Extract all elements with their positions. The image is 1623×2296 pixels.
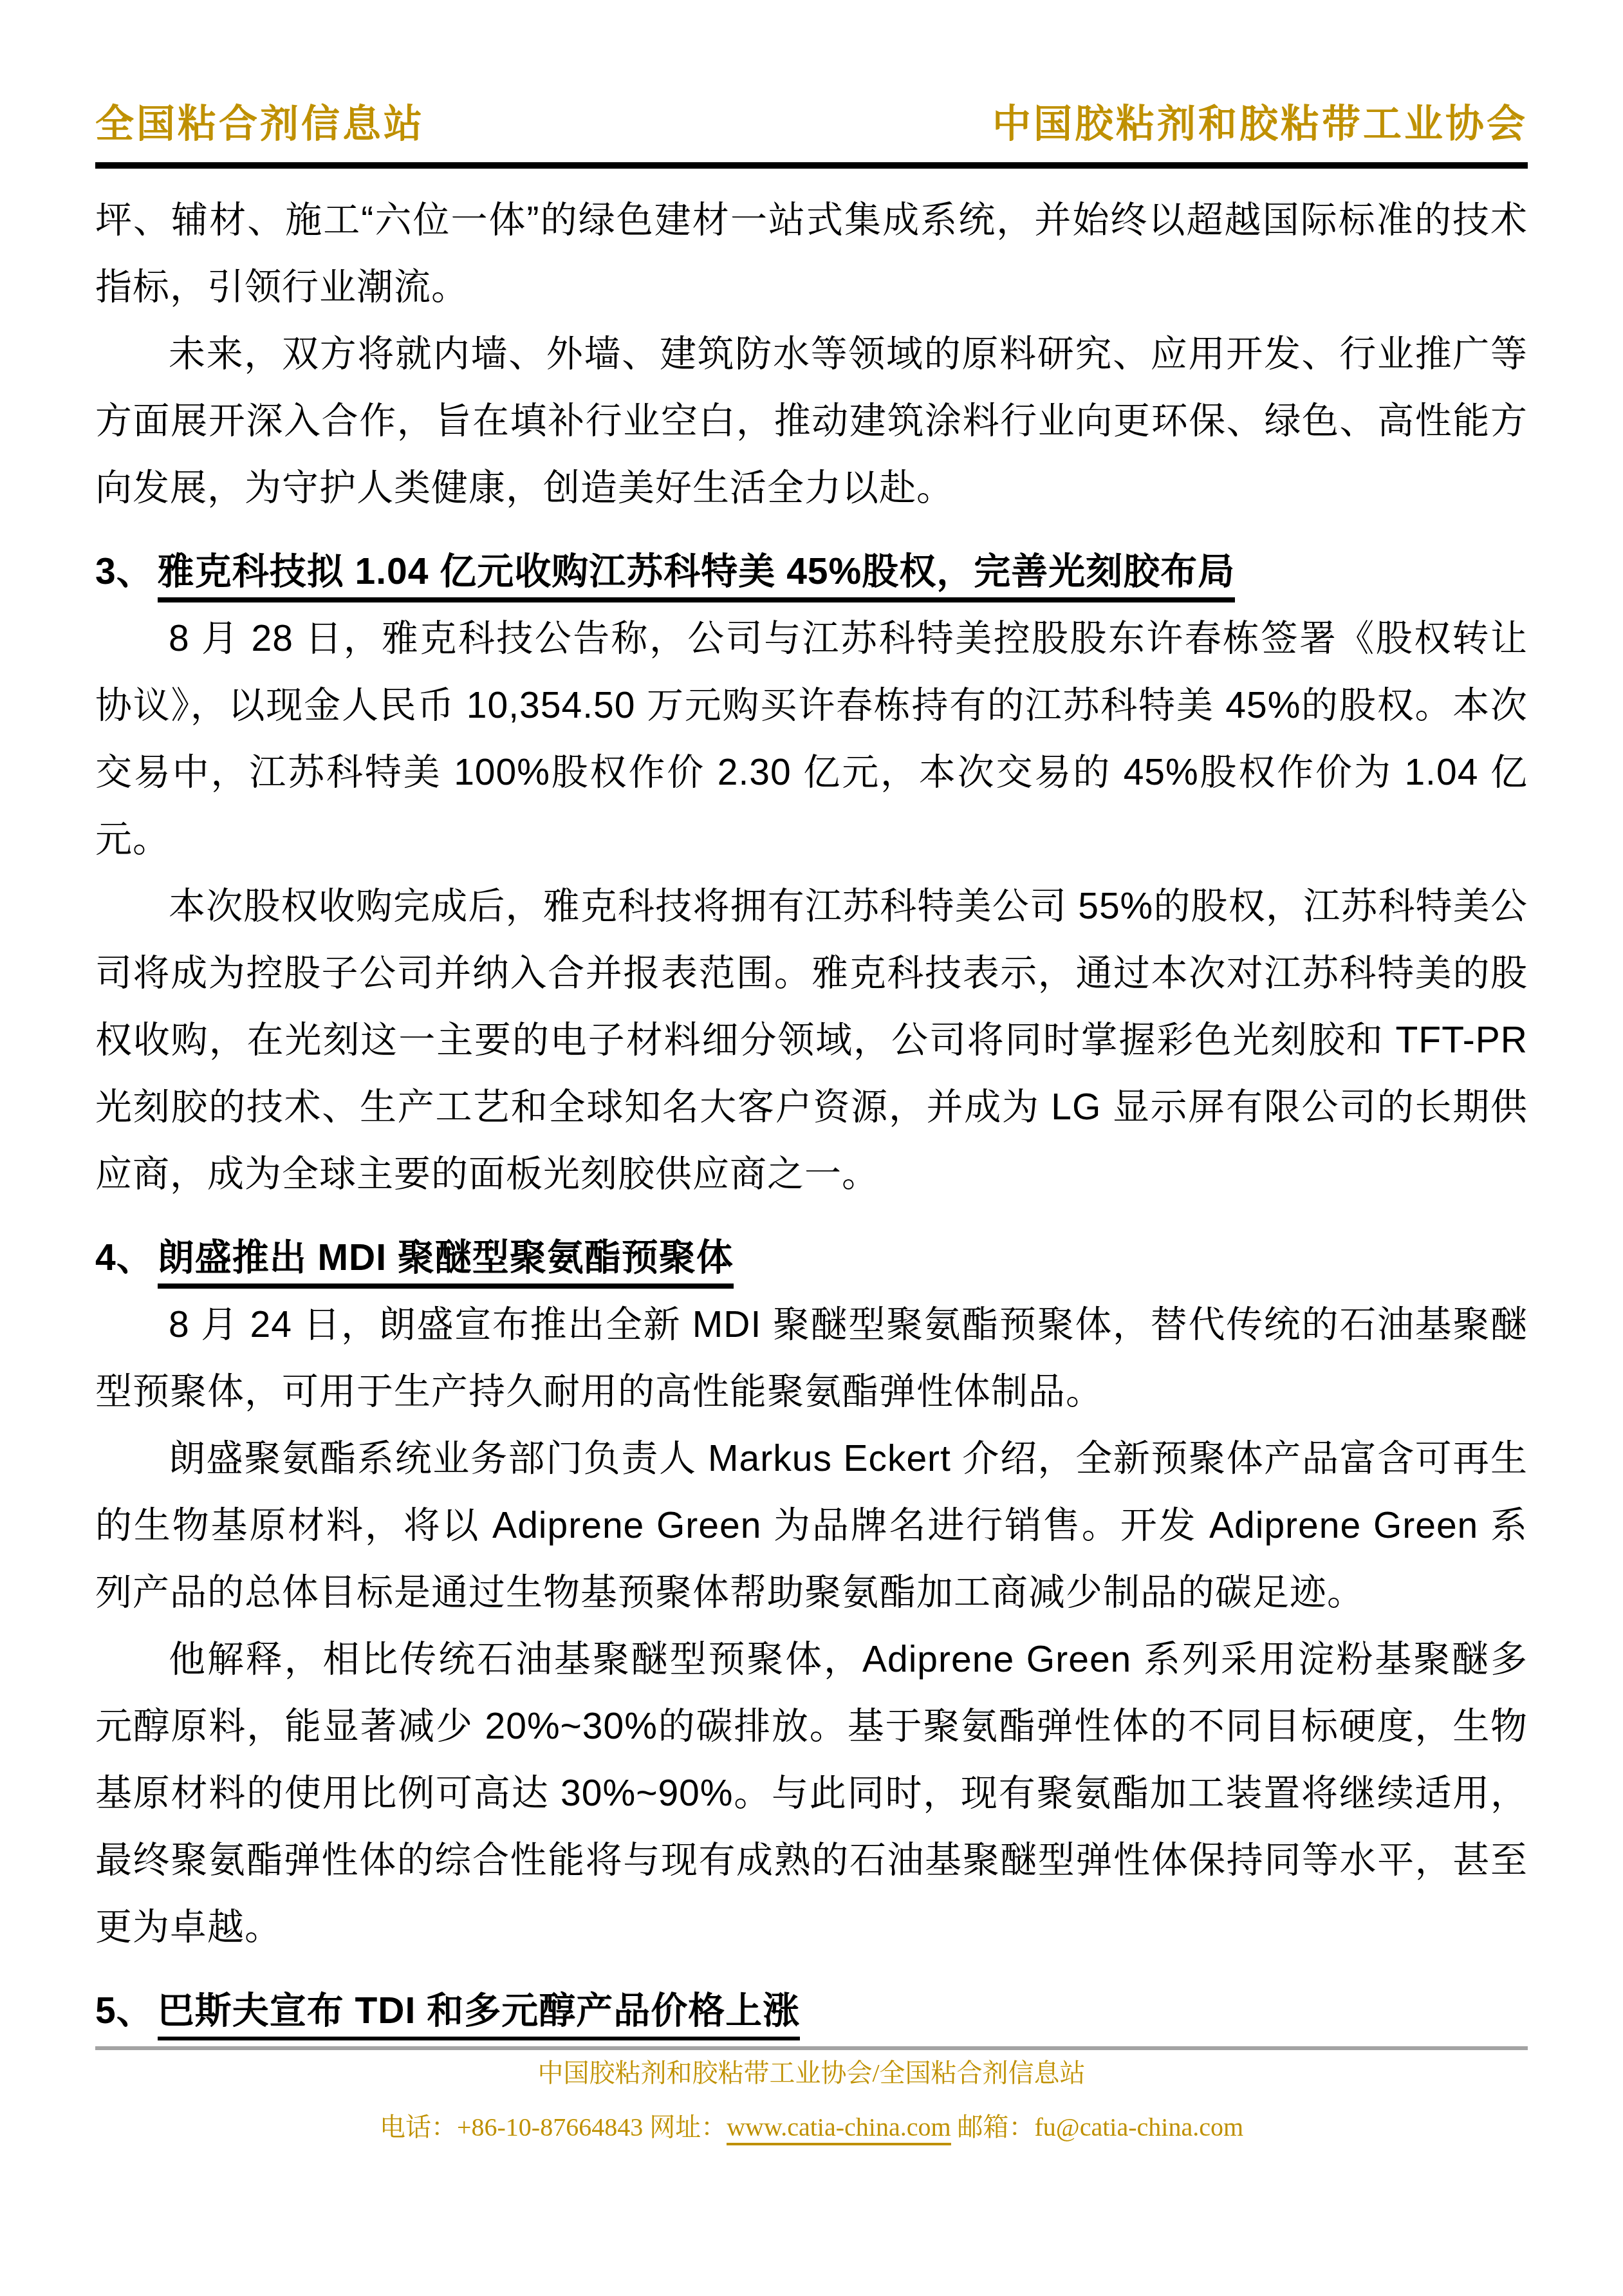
paragraph: 他解释，相比传统石油基聚醚型预聚体，Adiprene Green 系列采用淀粉基… <box>95 1626 1528 1961</box>
section-5-title: 巴斯夫宣布 TDI 和多元醇产品价格上涨 <box>158 1990 801 2040</box>
footer-phone-label: 电话： <box>380 2113 457 2142</box>
footer-web-label: 网址： <box>643 2113 727 2142</box>
document-body: 坪、辅材、施工“六位一体”的绿色建材一站式集成系统，并始终以超越国际标准的技术指… <box>95 169 1528 2040</box>
section-4-title: 朗盛推出 MDI 聚醚型聚氨酯预聚体 <box>158 1237 734 1289</box>
header-left-org: 全国粘合剂信息站 <box>95 102 425 147</box>
page-footer: 中国胶粘剂和胶粘带工业协会/全国粘合剂信息站 电话：+86-10-8766484… <box>95 2046 1528 2144</box>
paragraph: 8 月 24 日，朗盛宣布推出全新 MDI 聚醚型聚氨酯预聚体，替代传统的石油基… <box>95 1291 1528 1425</box>
paragraph: 未来，双方将就内墙、外墙、建筑防水等领域的原料研究、应用开发、行业推广等方面展开… <box>95 321 1528 521</box>
paragraph-continuation: 坪、辅材、施工“六位一体”的绿色建材一站式集成系统，并始终以超越国际标准的技术指… <box>95 187 1528 321</box>
footer-phone-number: +86-10-87664843 <box>457 2113 643 2142</box>
section-5-number: 5、 <box>95 1990 154 2031</box>
header-right-org: 中国胶粘剂和胶粘带工业协会 <box>992 102 1528 147</box>
paragraph: 8 月 28 日，雅克科技公告称，公司与江苏科特美控股股东许春栋签署《股权转让协… <box>95 605 1528 873</box>
footer-contact-line: 电话：+86-10-87664843 网址：www.catia-china.co… <box>95 2111 1528 2144</box>
footer-org-line: 中国胶粘剂和胶粘带工业协会/全国粘合剂信息站 <box>95 2057 1528 2090</box>
section-3-title: 雅克科技拟 1.04 亿元收购江苏科特美 45%股权，完善光刻胶布局 <box>158 551 1236 602</box>
section-5-heading: 5、巴斯夫宣布 TDI 和多元醇产品价格上涨 <box>95 1977 1528 2040</box>
section-3-number: 3、 <box>95 551 154 592</box>
paragraph: 本次股权收购完成后，雅克科技将拥有江苏科特美公司 55%的股权，江苏科特美公司将… <box>95 873 1528 1208</box>
footer-website-link[interactable]: www.catia-china.com <box>727 2113 951 2145</box>
footer-email-address: fu@catia-china.com <box>1035 2113 1243 2142</box>
footer-email-label: 邮箱： <box>951 2113 1035 2142</box>
page-header: 全国粘合剂信息站 中国胶粘剂和胶粘带工业协会 <box>95 102 1528 147</box>
section-4-number: 4、 <box>95 1237 154 1278</box>
section-4-heading: 4、朗盛推出 MDI 聚醚型聚氨酯预聚体 <box>95 1224 1528 1291</box>
footer-divider <box>95 2046 1528 2050</box>
header-divider <box>95 162 1528 169</box>
document-page: 全国粘合剂信息站 中国胶粘剂和胶粘带工业协会 坪、辅材、施工“六位一体”的绿色建… <box>0 0 1623 2296</box>
paragraph: 朗盛聚氨酯系统业务部门负责人 Markus Eckert 介绍，全新预聚体产品富… <box>95 1425 1528 1626</box>
section-3-heading: 3、雅克科技拟 1.04 亿元收购江苏科特美 45%股权，完善光刻胶布局 <box>95 538 1528 605</box>
